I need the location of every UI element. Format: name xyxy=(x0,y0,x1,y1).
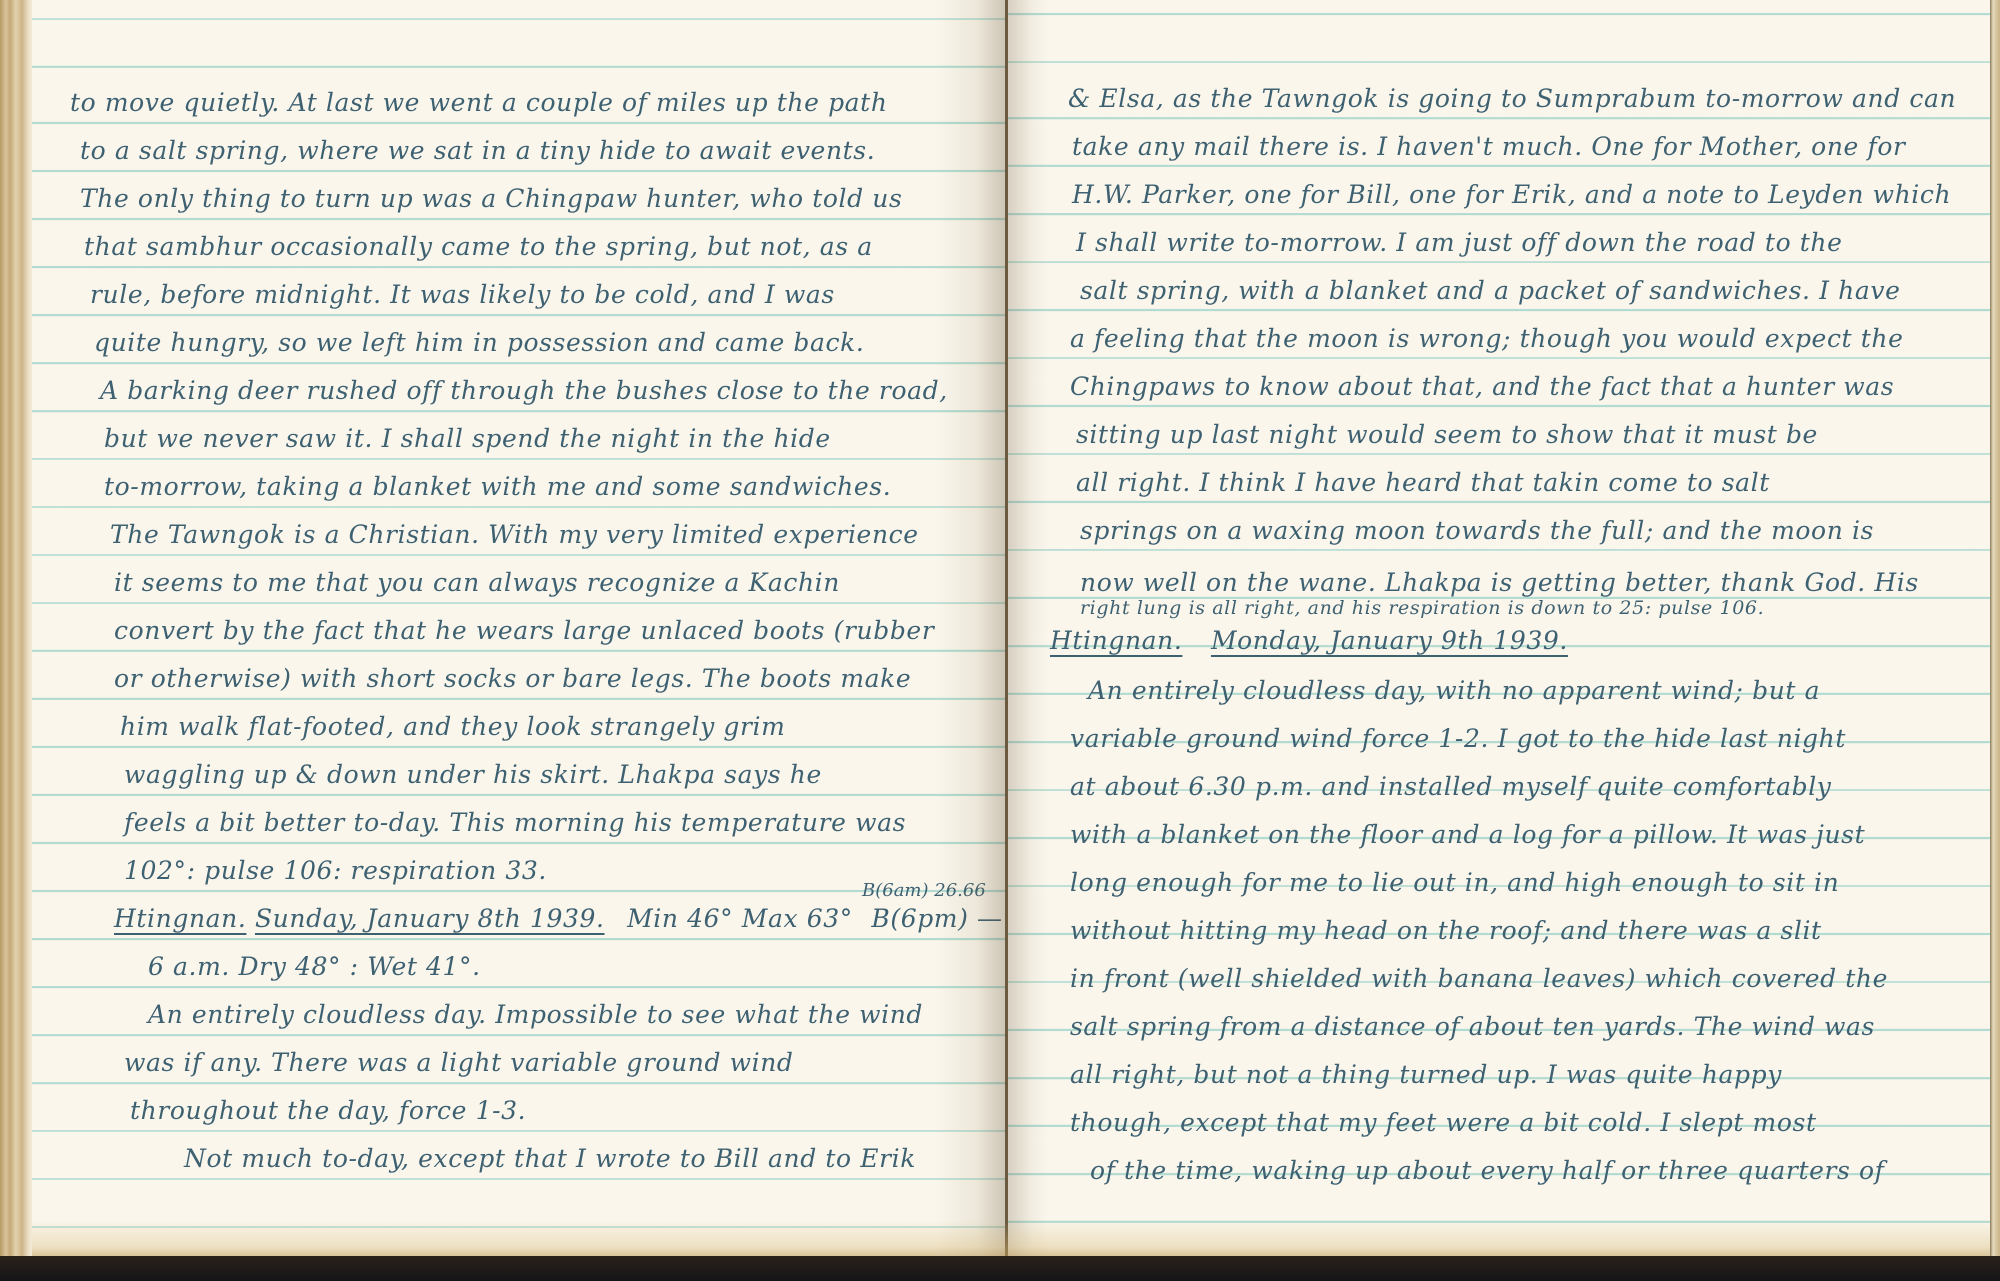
text-line: waggling up & down under his skirt. Lhak… xyxy=(124,760,822,790)
text-line: but we never saw it. I shall spend the n… xyxy=(104,424,831,454)
entry-place: Htingnan. xyxy=(1050,626,1182,655)
text-line: though, except that my feet were a bit c… xyxy=(1070,1108,1817,1138)
text-line: take any mail there is. I haven't much. … xyxy=(1072,132,1906,162)
text-line: that sambhur occasionally came to the sp… xyxy=(84,232,873,262)
text-line: him walk flat-footed, and they look stra… xyxy=(120,712,785,742)
weather-line: 6 a.m. Dry 48° : Wet 41°. xyxy=(148,952,481,982)
text-line: Not much to-day, except that I wrote to … xyxy=(184,1144,916,1174)
text-line: convert by the fact that he wears large … xyxy=(114,616,934,646)
text-line: to a salt spring, where we sat in a tiny… xyxy=(80,136,875,166)
text-line: salt spring, with a blanket and a packet… xyxy=(1080,276,1901,306)
left-page: to move quietly. At last we went a coupl… xyxy=(32,0,1005,1256)
barometer-6pm: B(6pm) — xyxy=(871,904,1002,933)
text-line: I shall write to-morrow. I am just off d… xyxy=(1076,228,1843,258)
text-line: throughout the day, force 1-3. xyxy=(130,1096,526,1126)
entry-date: Monday, January 9th 1939. xyxy=(1211,626,1568,655)
text-line: it seems to me that you can always recog… xyxy=(114,568,840,598)
text-line: or otherwise) with short socks or bare l… xyxy=(114,664,911,694)
page-stack-edge-right xyxy=(1990,0,2000,1256)
table-background xyxy=(0,1256,2000,1281)
open-notebook: to move quietly. At last we went a coupl… xyxy=(0,0,2000,1258)
entry-date: Sunday, January 8th 1939. xyxy=(255,904,605,933)
text-line: quite hungry, so we left him in possessi… xyxy=(94,328,864,358)
text-line: The only thing to turn up was a Chingpaw… xyxy=(80,184,902,214)
text-line: rule, before midnight. It was likely to … xyxy=(90,280,835,310)
text-line: to-morrow, taking a blanket with me and … xyxy=(104,472,891,502)
page-stack-edge-left xyxy=(0,0,32,1258)
text-line: without hitting my head on the roof; and… xyxy=(1070,916,1822,946)
min-max-temperature: Min 46° Max 63° xyxy=(627,904,853,933)
text-line: & Elsa, as the Tawngok is going to Sumpr… xyxy=(1068,84,1956,114)
text-line: springs on a waxing moon towards the ful… xyxy=(1080,516,1874,546)
text-line: An entirely cloudless day, with no appar… xyxy=(1088,676,1820,706)
text-line: The Tawngok is a Christian. With my very… xyxy=(110,520,919,550)
text-line: Chingpaws to know about that, and the fa… xyxy=(1070,372,1894,402)
text-line: long enough for me to lie out in, and hi… xyxy=(1070,868,1839,898)
text-line: salt spring from a distance of about ten… xyxy=(1070,1012,1875,1042)
right-page: & Elsa, as the Tawngok is going to Sumpr… xyxy=(1008,0,1990,1256)
text-line: 102°: pulse 106: respiration 33. xyxy=(124,856,547,886)
text-line: H.W. Parker, one for Bill, one for Erik,… xyxy=(1072,180,1951,210)
text-line: all right, but not a thing turned up. I … xyxy=(1070,1060,1782,1090)
text-line: to move quietly. At last we went a coupl… xyxy=(70,88,888,118)
entry-place: Htingnan. xyxy=(114,904,246,933)
text-line: with a blanket on the floor and a log fo… xyxy=(1070,820,1865,850)
entry-heading-monday: Htingnan. Monday, January 9th 1939. xyxy=(1050,626,1568,656)
text-line: An entirely cloudless day. Impossible to… xyxy=(148,1000,923,1030)
text-line: was if any. There was a light variable g… xyxy=(124,1048,794,1078)
text-line: of the time, waking up about every half … xyxy=(1090,1156,1885,1186)
text-line: at about 6.30 p.m. and installed myself … xyxy=(1070,772,1832,802)
inserted-text-line: right lung is all right, and his respira… xyxy=(1080,597,1764,619)
text-line: sitting up last night would seem to show… xyxy=(1076,420,1818,450)
text-line: in front (well shielded with banana leav… xyxy=(1070,964,1888,994)
barometer-6am: B(6am) 26.66 xyxy=(862,880,986,901)
text-line: feels a bit better to-day. This morning … xyxy=(124,808,906,838)
text-line: A barking deer rushed off through the bu… xyxy=(100,376,948,406)
text-line: a feeling that the moon is wrong; though… xyxy=(1070,324,1903,354)
text-line: variable ground wind force 1-2. I got to… xyxy=(1070,724,1846,754)
entry-heading-sunday: Htingnan. Sunday, January 8th 1939. Min … xyxy=(114,904,1003,934)
text-line: now well on the wane. Lhakpa is getting … xyxy=(1080,568,1919,598)
text-line: all right. I think I have heard that tak… xyxy=(1076,468,1770,498)
